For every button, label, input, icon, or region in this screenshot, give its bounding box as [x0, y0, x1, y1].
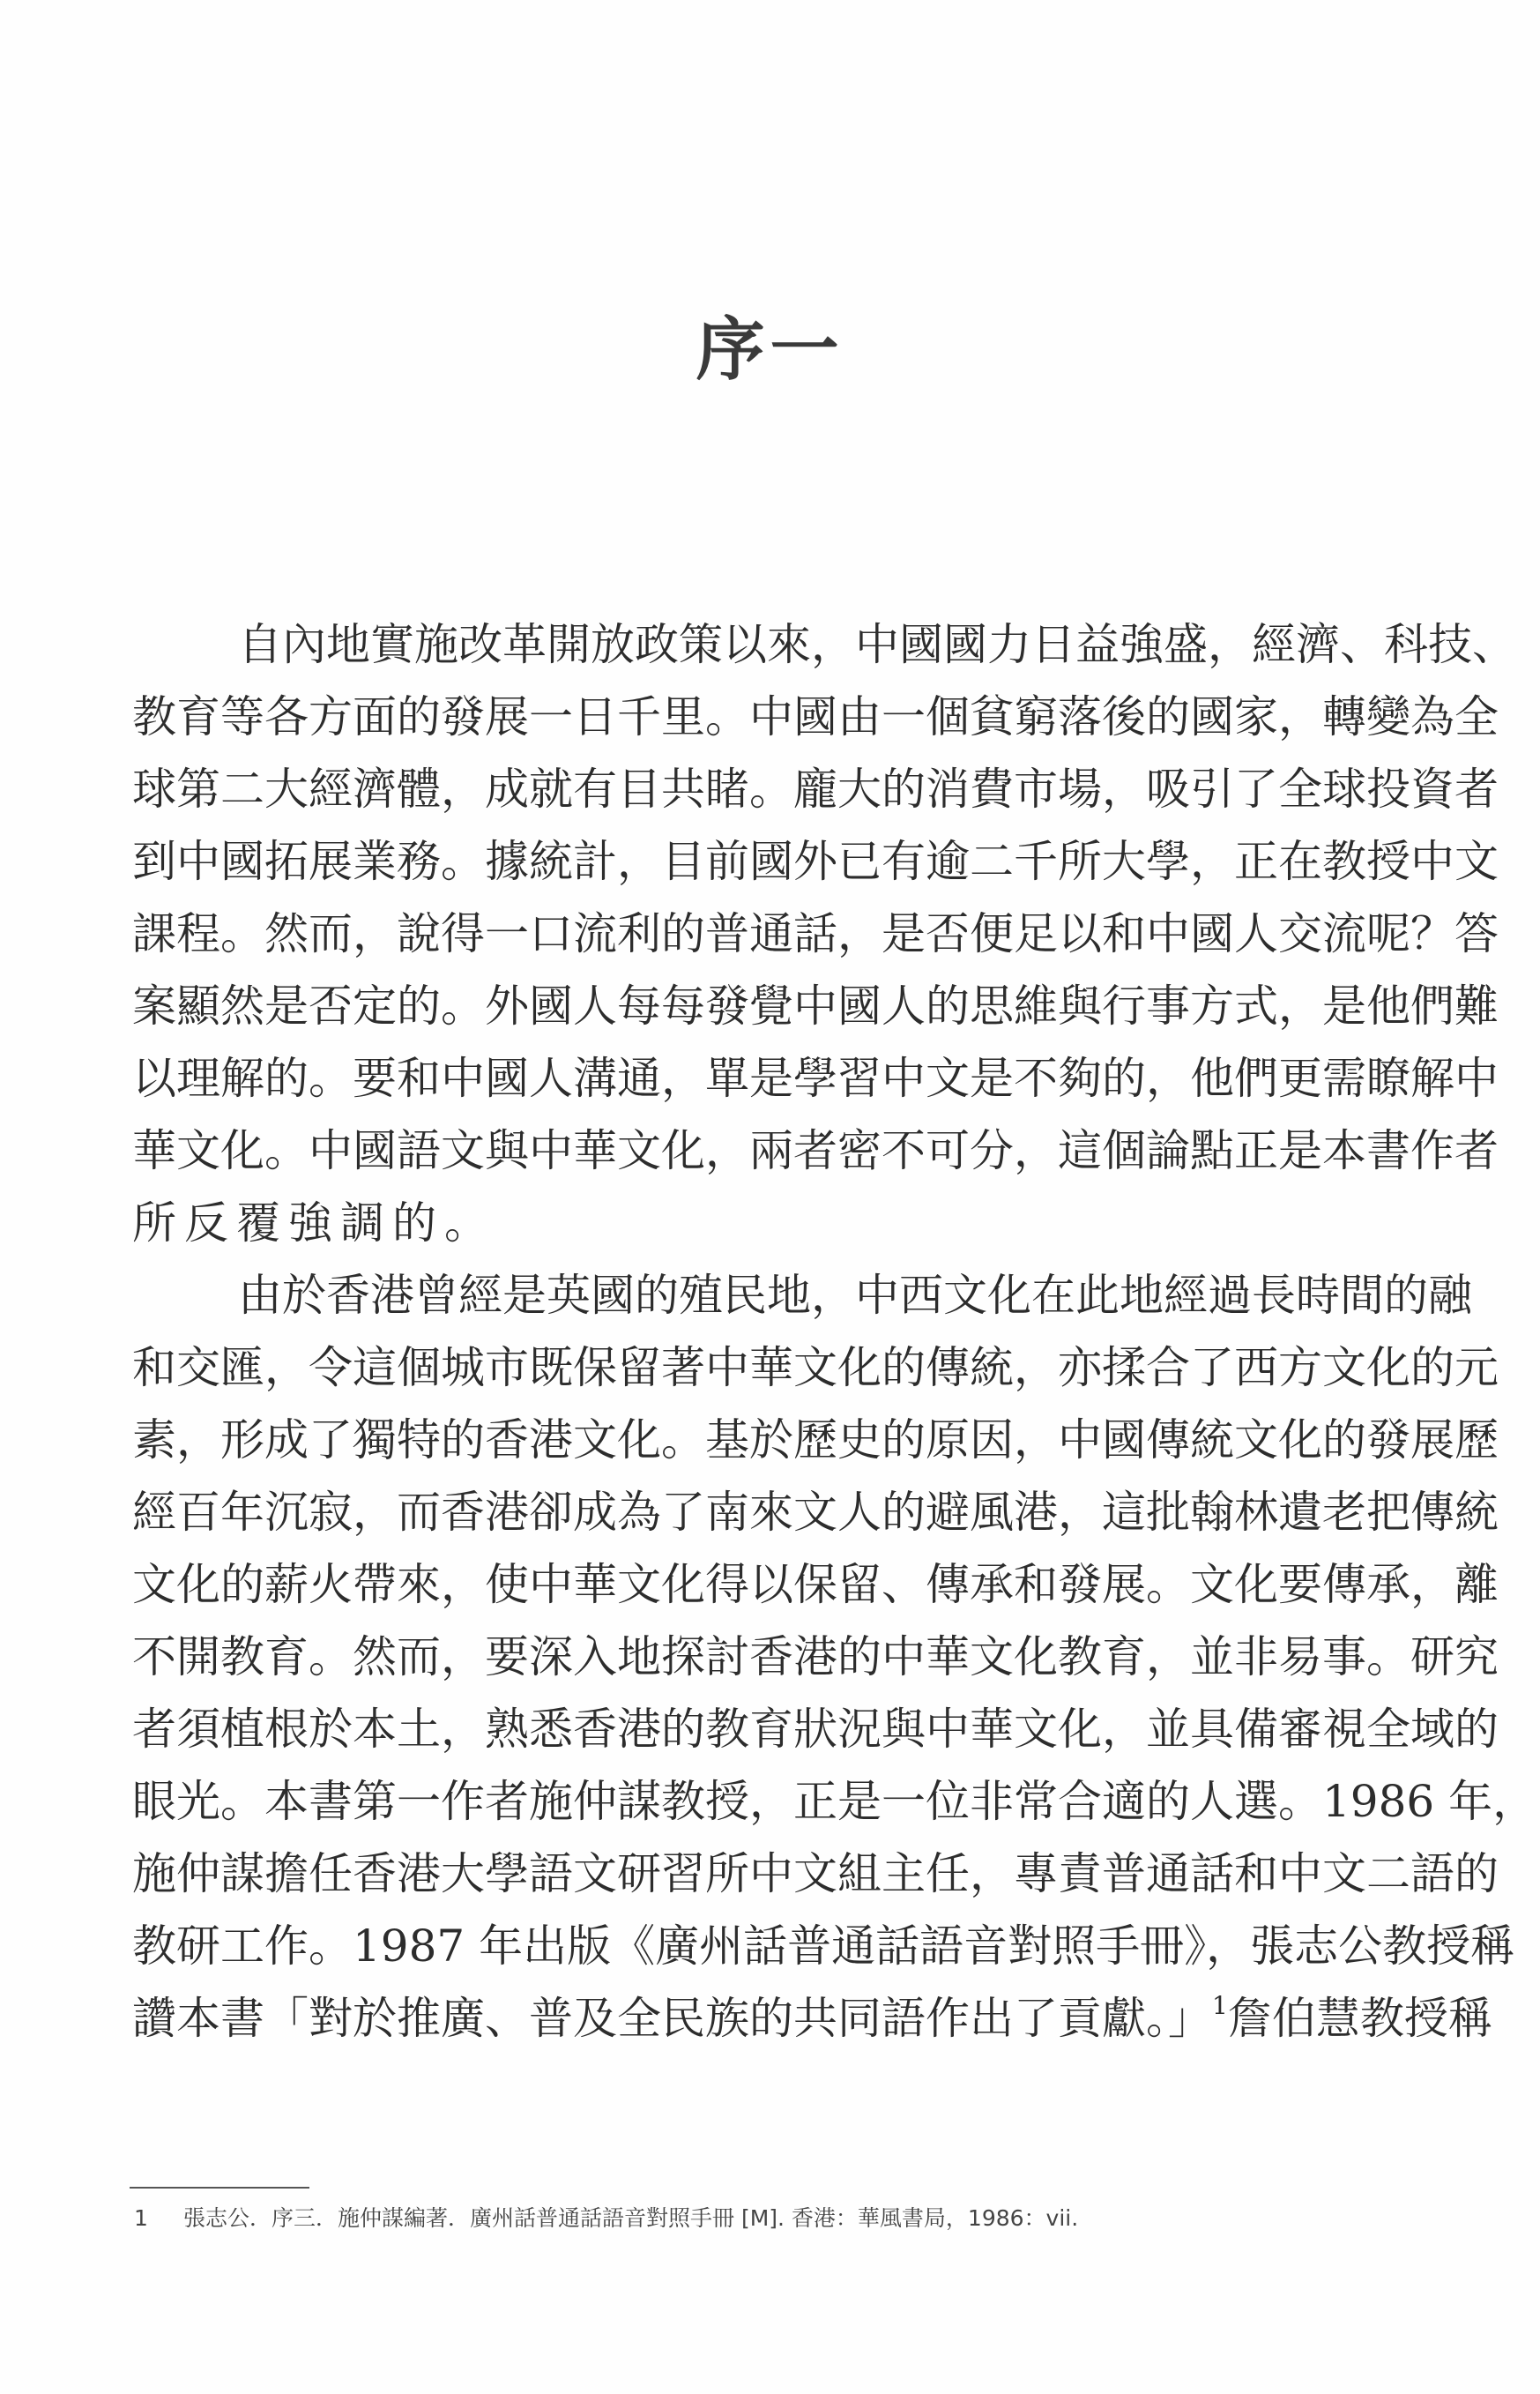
paragraph-1-line-5: 課程。然而，說得一口流利的普通話，是否便足以和中國人交流呢？答	[132, 898, 1347, 970]
paragraph-1-line-3: 球第二大經濟體，成就有目共睹。龐大的消費市場，吸引了全球投資者	[132, 753, 1347, 825]
paragraph-2-line-2: 和交匯，令這個城市既保留著中華文化的傳統，亦揉合了西方文化的元	[132, 1331, 1347, 1404]
paragraph-2-line-6: 不開教育。然而，要深入地探討香港的中華文化教育，並非易事。研究	[132, 1621, 1347, 1693]
paragraph-2-line-1: 由於香港曾經是英國的殖民地，中西文化在此地經過長時間的融	[132, 1259, 1347, 1331]
footnote-reference[interactable]: 1	[1212, 1991, 1228, 2020]
paragraph-2-line-10: 教研工作。1987 年出版《廣州話普通話語音對照手冊》，張志公教授稱	[132, 1910, 1347, 1982]
body-text: 自內地實施改革開放政策以來，中國國力日益強盛，經濟、科技、 教育等各方面的發展一…	[132, 608, 1347, 2055]
paragraph-2-line-3: 素，形成了獨特的香港文化。基於歷史的原因，中國傳統文化的發展歷	[132, 1404, 1347, 1476]
paragraph-1-line-7: 以理解的。要和中國人溝通，單是學習中文是不夠的，他們更需瞭解中	[132, 1042, 1347, 1115]
page-title: 序一	[0, 310, 1540, 390]
footnote-text: 張志公．序三．施仲謀編著．廣州話普通話語音對照手冊 [M]. 香港：華風書局，1…	[183, 2205, 1078, 2231]
paragraph-1-line-9: 所反覆強調的。	[132, 1187, 1347, 1259]
paragraph-1-line-1: 自內地實施改革開放政策以來，中國國力日益強盛，經濟、科技、	[132, 608, 1347, 681]
paragraph-1-line-2: 教育等各方面的發展一日千里。中國由一個貧窮落後的國家，轉變為全	[132, 681, 1347, 753]
paragraph-2-line-7: 者須植根於本土，熟悉香港的教育狀況與中華文化，並具備審視全域的	[132, 1693, 1347, 1765]
document-page: 序一 自內地實施改革開放政策以來，中國國力日益強盛，經濟、科技、 教育等各方面的…	[0, 0, 1540, 2394]
paragraph-2-line-11: 讚本書「對於推廣、普及全民族的共同語作出了貢獻。」1詹伯慧教授稱	[132, 1982, 1347, 2055]
paragraph-2-line-9: 施仲謀擔任香港大學語文研習所中文組主任，專責普通話和中文二語的	[132, 1838, 1347, 1910]
paragraph-2-line-4: 經百年沉寂，而香港卻成為了南來文人的避風港，這批翰林遺老把傳統	[132, 1476, 1347, 1548]
footnote-1: 1張志公．序三．施仲謀編著．廣州話普通話語音對照手冊 [M]. 香港：華風書局，…	[134, 2203, 1078, 2234]
paragraph-1-line-8: 華文化。中國語文與中華文化，兩者密不可分，這個論點正是本書作者	[132, 1115, 1347, 1187]
footnote-number: 1	[134, 2203, 183, 2234]
paragraph-1-line-6: 案顯然是否定的。外國人每每發覺中國人的思維與行事方式，是他們難	[132, 970, 1347, 1042]
paragraph-2-line-8: 眼光。本書第一作者施仲謀教授，正是一位非常合適的人選。1986 年，	[132, 1765, 1347, 1838]
paragraph-2-line-5: 文化的薪火帶來，使中華文化得以保留、傳承和發展。文化要傳承，離	[132, 1548, 1347, 1621]
footnote-divider	[130, 2187, 309, 2189]
paragraph-2-line-11-text: 讚本書「對於推廣、普及全民族的共同語作出了貢獻。」	[132, 1993, 1212, 2044]
paragraph-2-line-11-tail: 詹伯慧教授稱	[1228, 1993, 1492, 2044]
paragraph-1-line-4: 到中國拓展業務。據統計，目前國外已有逾二千所大學，正在教授中文	[132, 825, 1347, 898]
